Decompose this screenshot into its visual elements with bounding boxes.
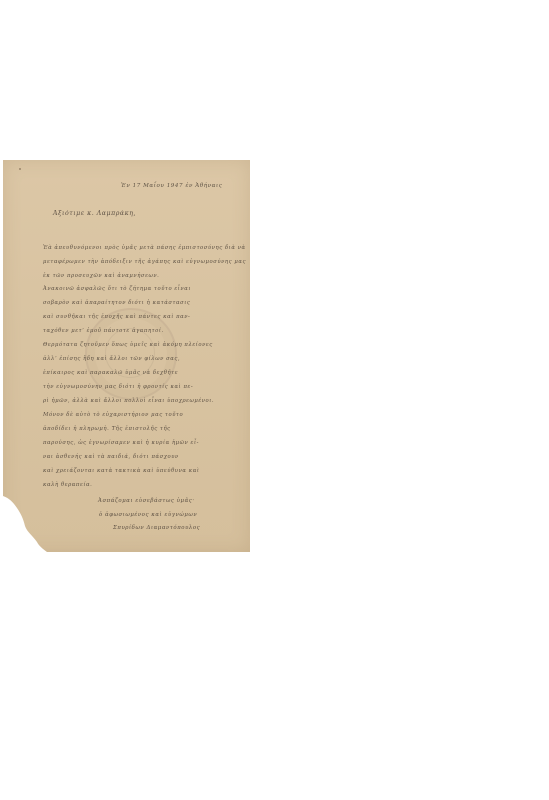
body-line: καὶ χρειάζονται κατὰ τακτικὰ καὶ ὑπεύθυν… xyxy=(43,468,199,474)
signature: Σπυρίδων Διαμαντόπουλος xyxy=(113,525,200,531)
body-line: καλὴ θεραπεία. xyxy=(43,482,92,488)
body-line: ρὶ ἡμῶν, ἀλλὰ καὶ ἄλλοι πολλοὶ εἶναι ὑπο… xyxy=(43,398,214,404)
body-line: σοβαρὸν καὶ ἀπαραίτητον διότι ἡ κατάστασ… xyxy=(43,300,190,306)
body-line: ἀλλ’ ἐπίσης ἤδη καὶ ἄλλοι τῶν φίλων σας, xyxy=(43,356,180,362)
body-line: καὶ συνθῆκαι τῆς ἐποχῆς καὶ πάντες καὶ π… xyxy=(43,314,190,320)
letter-page: Ἐν 17 Μαΐου 1947 ἐν Ἀθήναις Ἀξιότιμε κ. … xyxy=(3,160,250,552)
body-line: τὴν εὐγνωμοσύνην μας διότι ἡ φροντίς καὶ… xyxy=(43,384,193,390)
body-line: παρούσης, ὡς ἐγνωρίσαμεν καὶ ἡ κυρία ἡμῶ… xyxy=(43,440,199,446)
paper-blemish xyxy=(19,168,21,170)
body-line: ἐκ τῶν προσευχῶν καὶ ἀναμνήσεων. xyxy=(43,273,159,279)
body-line: ἐπίκαιρος καὶ παρακαλῶ ὑμᾶς νὰ δεχθῆτε xyxy=(43,370,178,376)
letter-dateline: Ἐν 17 Μαΐου 1947 ἐν Ἀθήναις xyxy=(121,183,222,189)
body-line: Μόνον δὲ αὐτὸ τὸ εὐχαριστήριον μας τοῦτο xyxy=(43,412,183,418)
letter-salutation: Ἀξιότιμε κ. Λαμπράκη, xyxy=(53,210,136,217)
closing-line: ὁ ἀφωσιωμένος καὶ εὐγνώμων xyxy=(99,512,197,518)
body-line: Ἀνακοινῶ ἀσφαλῶς ὅτι τὸ ζήτημα τοῦτο εἶν… xyxy=(43,286,191,292)
body-line: ναι ἀσθενής καὶ τὰ παιδιά, διότι πάσχουν xyxy=(43,454,179,460)
closing-line: Ἀσπάζομαι εὐσεβάστως ὑμᾶς· xyxy=(98,498,195,504)
body-line: μεταφέρωμεν τὴν ἀπόδειξιν τῆς ἀγάπης καὶ… xyxy=(43,259,246,265)
torn-corner xyxy=(3,496,47,552)
body-line: ἀποδίδει ἡ πληρωμὴ. Τῆς ἐπιστολῆς τῆς xyxy=(43,426,171,432)
body-line: ταχόθεν μετ’ ἐμοῦ πάντοτε ἀγαπητοί. xyxy=(43,328,164,334)
body-line: Ἐὰ ἀπευθυνόμενοι πρὸς ὑμᾶς μετὰ πάσης ἐμ… xyxy=(43,245,246,251)
body-line: Θερμότατα ζητοῦμεν ὅπως ὑμεῖς καὶ ἀκόμη … xyxy=(43,342,213,348)
